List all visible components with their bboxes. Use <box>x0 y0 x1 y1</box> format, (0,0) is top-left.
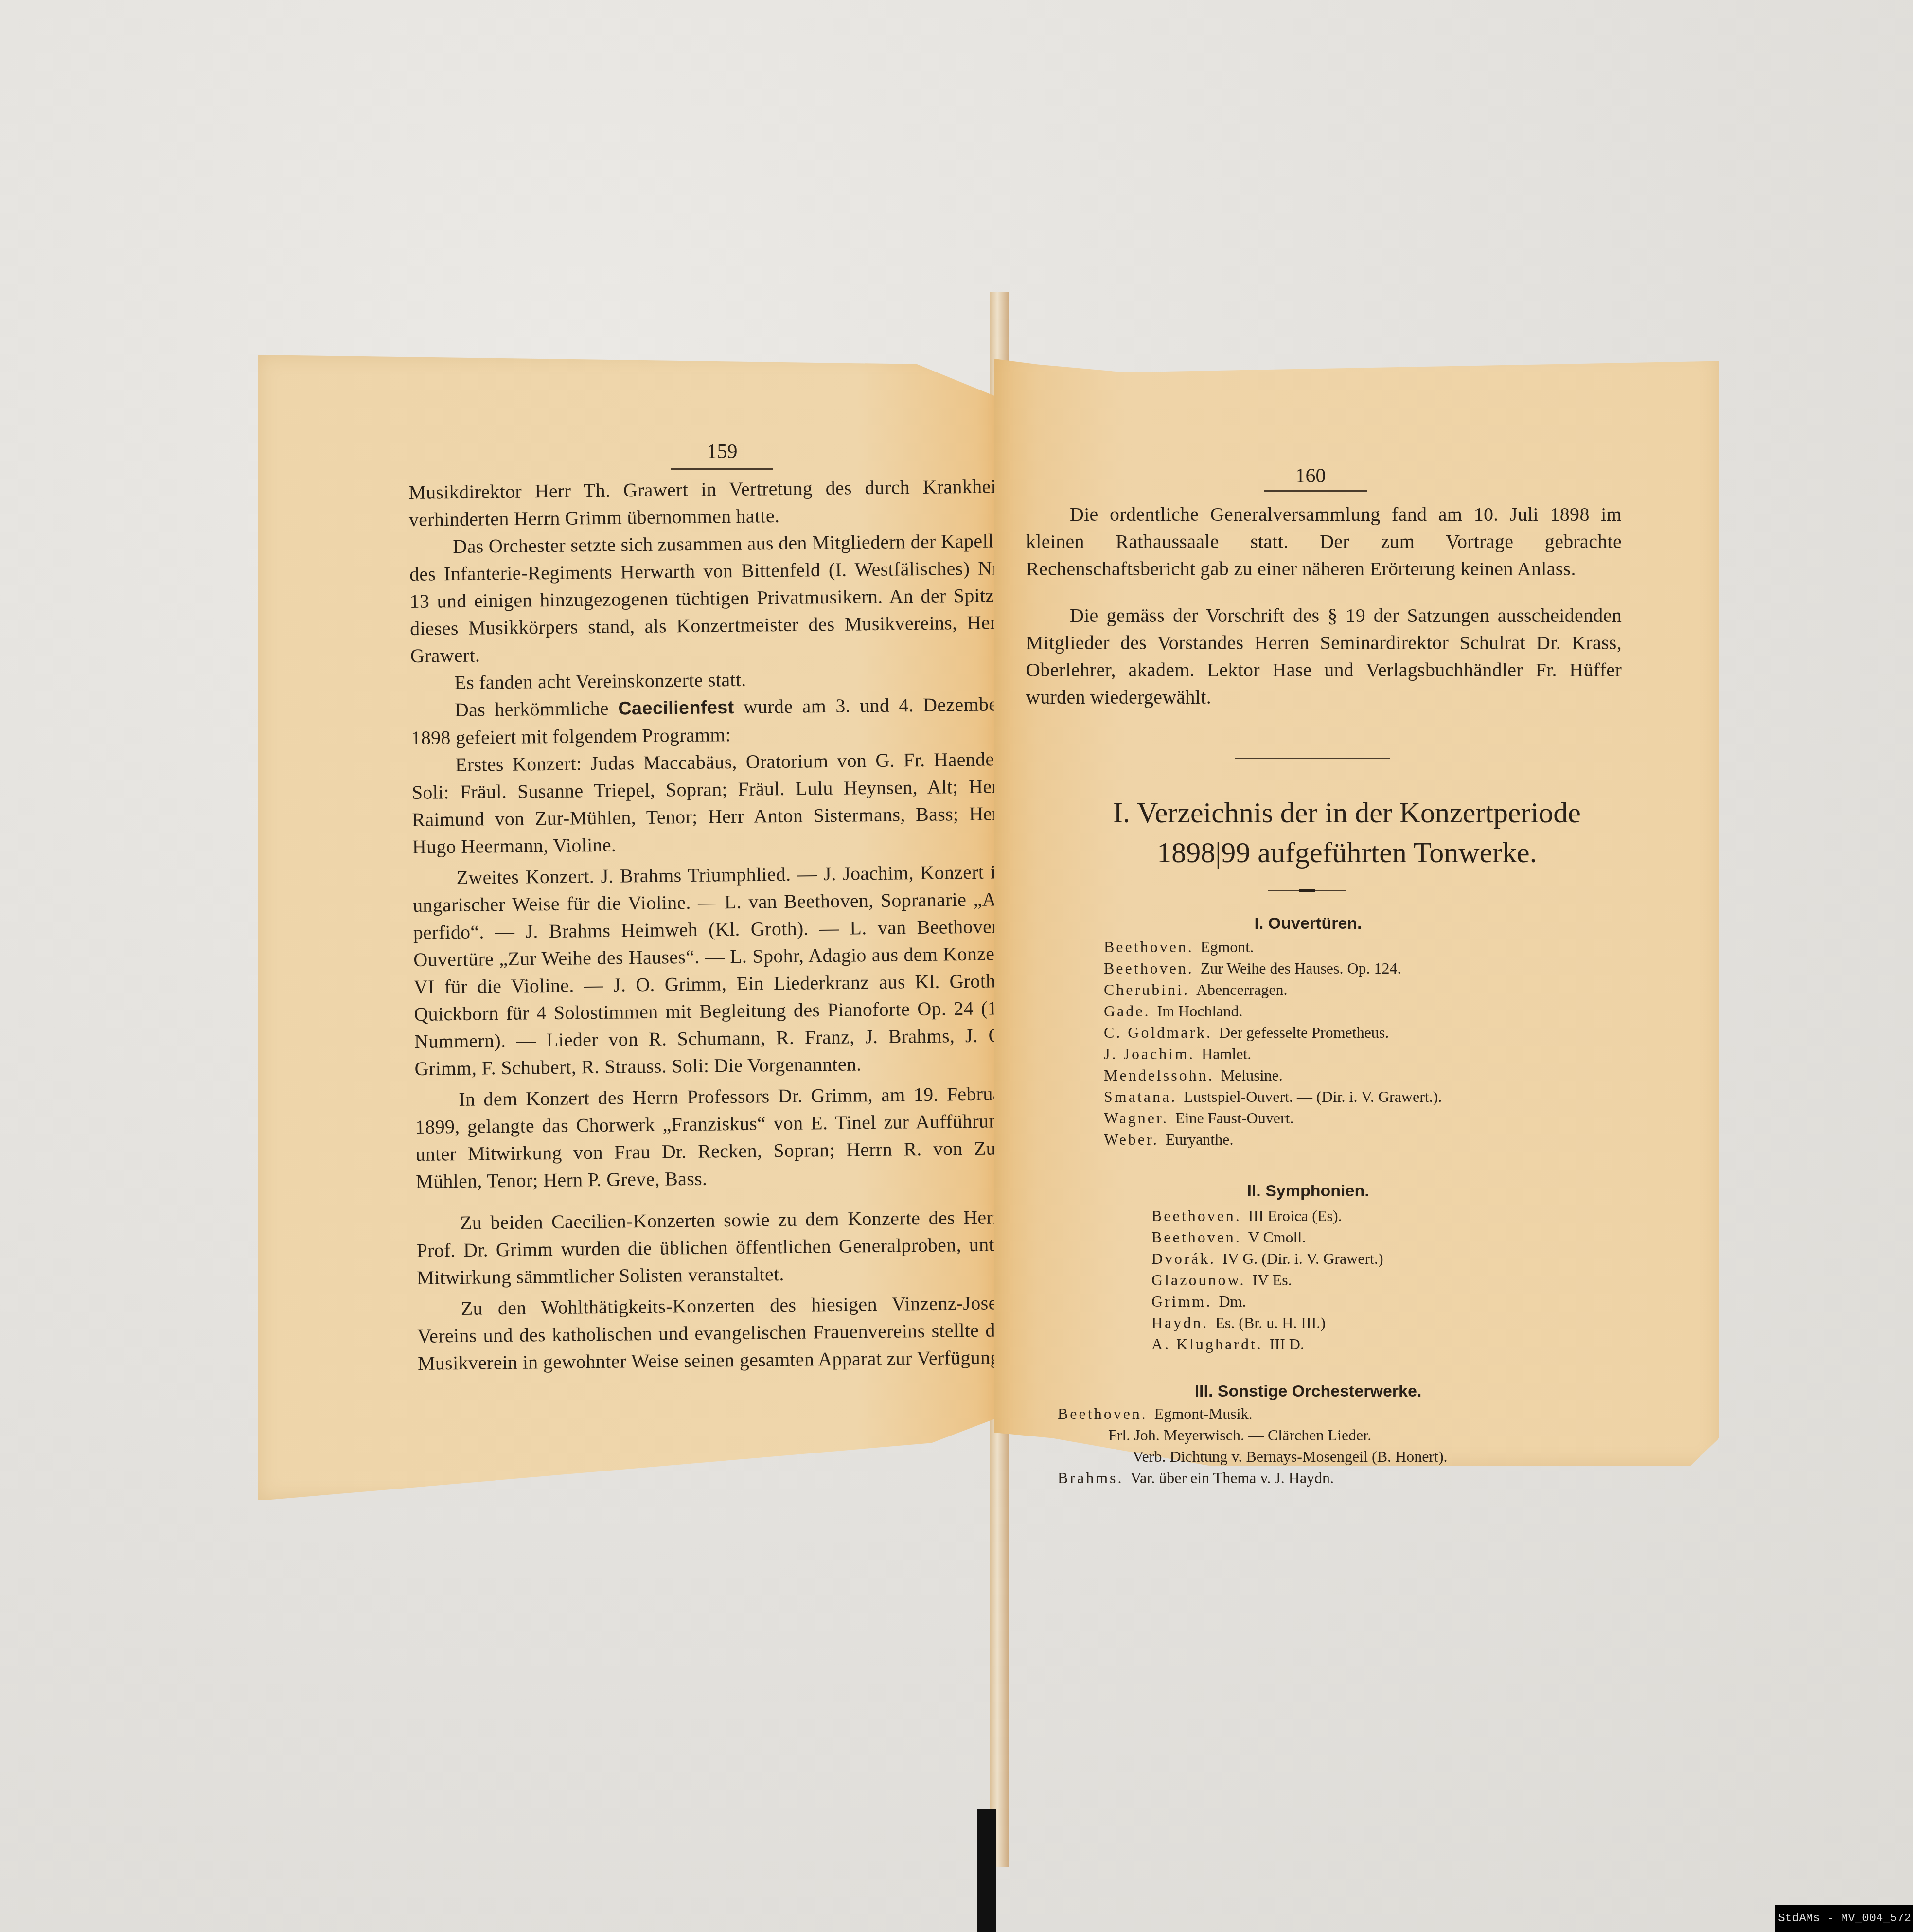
paragraph-first-concert: Erstes Konzert: Judas Maccabäus, Oratori… <box>411 745 1006 861</box>
list-item: Frl. Joh. Meyerwisch. — Clärchen Lieder. <box>1058 1424 1448 1446</box>
section-title-symphonies: II. Symphonien. <box>1187 1182 1430 1201</box>
left-page-body: Musikdirektor Herr Th. Grawert in Vertre… <box>408 473 1011 1377</box>
list-item: Verb. Dichtung v. Bernays-Mosengeil (B. … <box>1058 1446 1448 1467</box>
list-item: Beethoven.Zur Weihe des Hauses. Op. 124. <box>1104 957 1442 979</box>
paragraph-general-assembly: Die ordentliche Generalversammlung fand … <box>1026 501 1622 583</box>
list-item: A. Klughardt.III D. <box>1151 1333 1383 1355</box>
list-item: Smatana.Lustspiel-Ouvert. — (Dir. i. V. … <box>1104 1086 1442 1107</box>
list-item: Brahms.Var. über ein Thema v. J. Haydn. <box>1058 1467 1448 1489</box>
paragraph-second-concert: Zweites Konzert. J. Brahms Triumphlied. … <box>412 858 1008 1082</box>
list-item: Grimm.Dm. <box>1151 1291 1383 1312</box>
overtures-list: Beethoven.Egmont. Beethoven.Zur Weihe de… <box>1104 936 1442 1150</box>
list-item: Wagner.Eine Faust-Ouvert. <box>1104 1107 1442 1129</box>
list-item: Beethoven.Egmont-Musik. <box>1058 1403 1448 1424</box>
paragraph: Musikdirektor Herr Th. Grawert in Vertre… <box>408 473 1002 533</box>
caecilienfest-emphasis: Caecilienfest <box>618 697 734 719</box>
symphonies-list: Beethoven.III Eroica (Es). Beethoven.V C… <box>1151 1205 1383 1355</box>
list-item: Cherubini.Abencerragen. <box>1104 979 1442 1000</box>
list-item: Beethoven.V Cmoll. <box>1151 1226 1383 1248</box>
paragraph-grimm-concert: In dem Konzert des Herrn Professors Dr. … <box>415 1080 1009 1195</box>
paragraph: Das Orchester setzte sich zusammen aus d… <box>409 527 1004 670</box>
text-run: Das herkömmliche <box>455 697 619 721</box>
list-item: Mendelssohn.Melusine. <box>1104 1064 1442 1086</box>
paragraph-board-election: Die gemäss der Vorschrift des § 19 der S… <box>1026 602 1622 711</box>
left-page-number: 159 <box>673 440 771 463</box>
paragraph-general-rehearsals: Zu beiden Caecilien-Konzerten sowie zu d… <box>416 1204 1010 1292</box>
right-page-number: 160 <box>1262 464 1359 488</box>
paragraph-caecilienfest: Das herkömmliche Caecilienfest wurde am … <box>411 691 1005 752</box>
list-item: Beethoven.III Eroica (Es). <box>1151 1205 1383 1226</box>
left-page-number-rule <box>671 468 773 470</box>
list-item: J. Joachim.Hamlet. <box>1104 1043 1442 1064</box>
paragraph-charity-concerts: Zu den Wohlthätigkeits-Konzerten des hie… <box>417 1289 1011 1377</box>
list-item: Dvorák.IV G. (Dir. i. V. Grawert.) <box>1151 1248 1383 1269</box>
list-item: Gade.Im Hochland. <box>1104 1000 1442 1022</box>
section-title-overtures: I. Ouvertüren. <box>1187 914 1430 933</box>
archive-reference-label: StdAMs - MV_004_572 <box>1775 1905 1913 1932</box>
list-heading: I. Verzeichnis der in der Konzertperiode… <box>1031 793 1663 872</box>
list-item: Beethoven.Egmont. <box>1104 936 1442 957</box>
right-page-number-rule <box>1264 490 1367 492</box>
right-page-body: Die ordentliche Generalversammlung fand … <box>1026 501 1622 711</box>
ornamental-divider <box>1268 890 1346 891</box>
list-item: Glazounow.IV Es. <box>1151 1269 1383 1291</box>
list-item: Weber.Euryanthe. <box>1104 1129 1442 1150</box>
other-works-list: Beethoven.Egmont-Musik. Frl. Joh. Meyerw… <box>1058 1403 1448 1489</box>
list-item: C. Goldmark.Der gefesselte Prometheus. <box>1104 1022 1442 1043</box>
list-item: Haydn.Es. (Br. u. H. III.) <box>1151 1312 1383 1333</box>
section-divider <box>1235 758 1390 759</box>
list-heading-line1: I. Verzeichnis der in der Konzertperiode <box>1031 793 1663 833</box>
list-heading-line2: 1898|99 aufgeführten Tonwerke. <box>1031 833 1663 872</box>
section-title-other-orchestral-works: III. Sonstige Orchesterwerke. <box>1157 1382 1459 1401</box>
spine-binding-shadow <box>977 1809 996 1932</box>
